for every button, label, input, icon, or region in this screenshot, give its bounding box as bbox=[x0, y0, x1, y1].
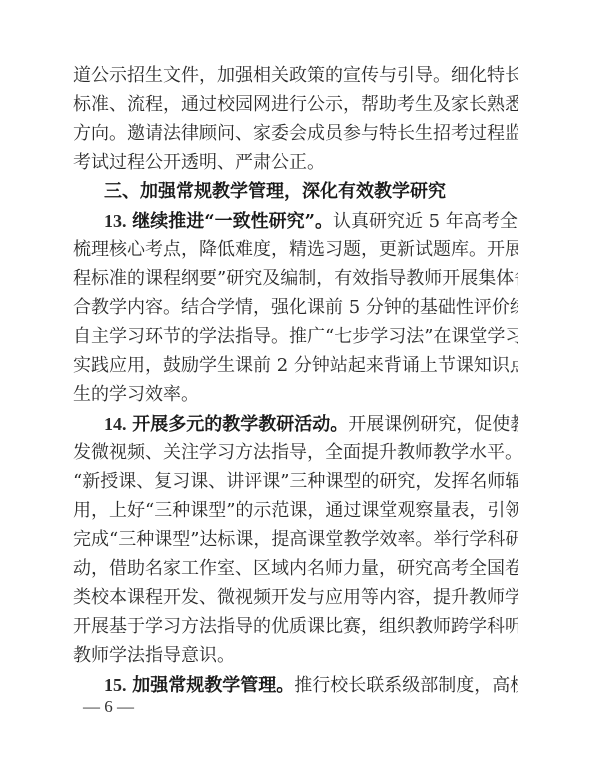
paragraph-line: 梳理核心考点，降低难度，精选习题，更新试题库。开展“基于课 bbox=[73, 236, 518, 264]
item-text: 开展课例研究，促使教师开 bbox=[348, 414, 518, 435]
paragraph-line: 动，借助名家工作室、区域内名师力量，研究高考全国卷、学科外延 bbox=[73, 555, 518, 583]
paragraph-line: 生的学习效率。 bbox=[73, 381, 518, 409]
paragraph-line: 标准、流程，通过校园网进行公示，帮助考生及家长熟悉政策，了解 bbox=[73, 91, 518, 119]
paragraph-line: 发微视频、关注学习方法指导，全面提升教师教学水平。深入开展 bbox=[73, 439, 518, 467]
item-number: 15. bbox=[104, 675, 127, 695]
item-lead: 开展多元的教学教研活动。 bbox=[132, 414, 348, 435]
paragraph-line: 方向。邀请法律顾问、家委会成员参与特长生招考过程监督，促使 bbox=[73, 120, 518, 148]
paragraph-line: 考试过程公开透明、严肃公正。 bbox=[73, 149, 518, 177]
item-lead: 加强常规教学管理。 bbox=[132, 675, 294, 696]
section-heading: 三、加强常规教学管理，深化有效教学研究 bbox=[104, 178, 446, 206]
paragraph-line: 类校本课程开发、微视频开发与应用等内容，提升教师学科素养。 bbox=[73, 584, 518, 612]
item-text: 推行校长联系级部制度，高校长联 bbox=[294, 675, 518, 696]
item-number: 13. bbox=[104, 211, 127, 231]
item-14-first-line: 14. 开展多元的教学教研活动。开展课例研究，促使教师开 bbox=[104, 410, 518, 438]
item-lead: 继续推进“一致性研究”。 bbox=[132, 211, 333, 232]
paragraph-line: 道公示招生文件，加强相关政策的宣传与引导。细化特长生考试 bbox=[73, 62, 518, 90]
document-page: 道公示招生文件，加强相关政策的宣传与引导。细化特长生考试 标准、流程，通过校园网… bbox=[0, 0, 591, 769]
item-text: 认真研究近 5 年高考全国卷， bbox=[333, 211, 518, 232]
item-number: 14. bbox=[104, 414, 127, 434]
paragraph-line: 完成“三种课型”达标课，提高课堂教学效率。举行学科研讨课活 bbox=[73, 526, 518, 554]
page-number: — 6 — bbox=[83, 697, 134, 717]
paragraph-line: 开展基于学习方法指导的优质课比赛，组织教师跨学科听课，增强 bbox=[73, 613, 518, 641]
item-13-first-line: 13. 继续推进“一致性研究”。认真研究近 5 年高考全国卷， bbox=[104, 207, 518, 235]
paragraph-line: 实践应用，鼓励学生课前 2 分钟站起来背诵上节课知识点，提高学 bbox=[73, 352, 518, 380]
item-15-first-line: 15. 加强常规教学管理。推行校长联系级部制度，高校长联 bbox=[104, 671, 518, 699]
paragraph-line: 自主学习环节的学法指导。推广“七步学习法”在课堂学习中的 bbox=[73, 323, 518, 351]
paragraph-line: 教师学法指导意识。 bbox=[73, 642, 518, 670]
paragraph-line: 合教学内容。结合学情，强化课前 5 分钟的基础性评价练习，加强 bbox=[73, 294, 518, 322]
paragraph-line: “新授课、复习课、讲评课”三种课型的研究，发挥名师辐射带动作 bbox=[73, 468, 518, 496]
paragraph-line: 程标准的课程纲要”研究及编制，有效指导教师开展集体备课、整 bbox=[73, 265, 518, 293]
paragraph-line: 用，上好“三种课型”的示范课，通过课堂观察量表，引领青年教师 bbox=[73, 497, 518, 525]
